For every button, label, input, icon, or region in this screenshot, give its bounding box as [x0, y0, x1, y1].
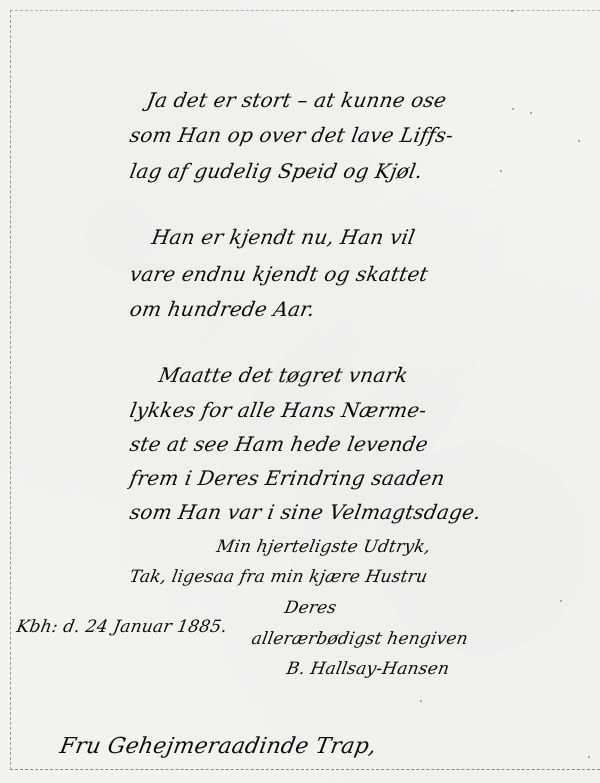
scan-speck: [500, 170, 502, 172]
paragraph-2-line-1: Han er kjendt nu, Han vil: [150, 225, 417, 249]
paragraph-1-line-3: lag af gudelig Speid og Kjøl.: [128, 159, 425, 183]
letter-date: Kbh: d. 24 Januar 1885.: [15, 617, 229, 637]
scan-speck: [530, 112, 532, 114]
scan-speck: [420, 700, 422, 702]
paragraph-1-line-2: som Han op over det lave Liffs-: [128, 123, 455, 147]
scan-speck: [588, 756, 590, 758]
paragraph-1-line-1: Ja det er stort – at kunne ose: [145, 88, 448, 112]
scan-speck: [512, 108, 514, 110]
paragraph-3-line-5: som Han var i sine Velmagtsdage.: [128, 500, 483, 524]
closing-thanks: Tak, ligesaa fra min kjære Hustru: [128, 567, 429, 587]
scan-speck: [511, 10, 513, 12]
paragraph-2-line-2: vare endnu kjendt og skattet: [128, 262, 430, 286]
closing-deres: Deres: [283, 598, 338, 618]
paragraph-3-line-3: ste at see Ham hede levende: [128, 432, 430, 456]
scan-speck: [578, 140, 580, 142]
paragraph-3-line-4: frem i Deres Erindring saaden: [128, 466, 447, 490]
scan-speck: [560, 600, 562, 602]
paragraph-3-line-1: Maatte det tøgret vnark: [157, 363, 410, 387]
closing-greeting: Min hjerteligste Udtryk,: [215, 537, 432, 557]
addressee: Fru Gehejmeraadinde Trap,: [58, 734, 378, 759]
closing-humble: allerærbødigst hengiven: [250, 629, 470, 649]
signature: B. Hallsay-Hansen: [285, 659, 451, 679]
paragraph-2-line-3: om hundrede Aar.: [128, 297, 317, 321]
paragraph-3-line-2: lykkes for alle Hans Nærme-: [128, 398, 429, 422]
